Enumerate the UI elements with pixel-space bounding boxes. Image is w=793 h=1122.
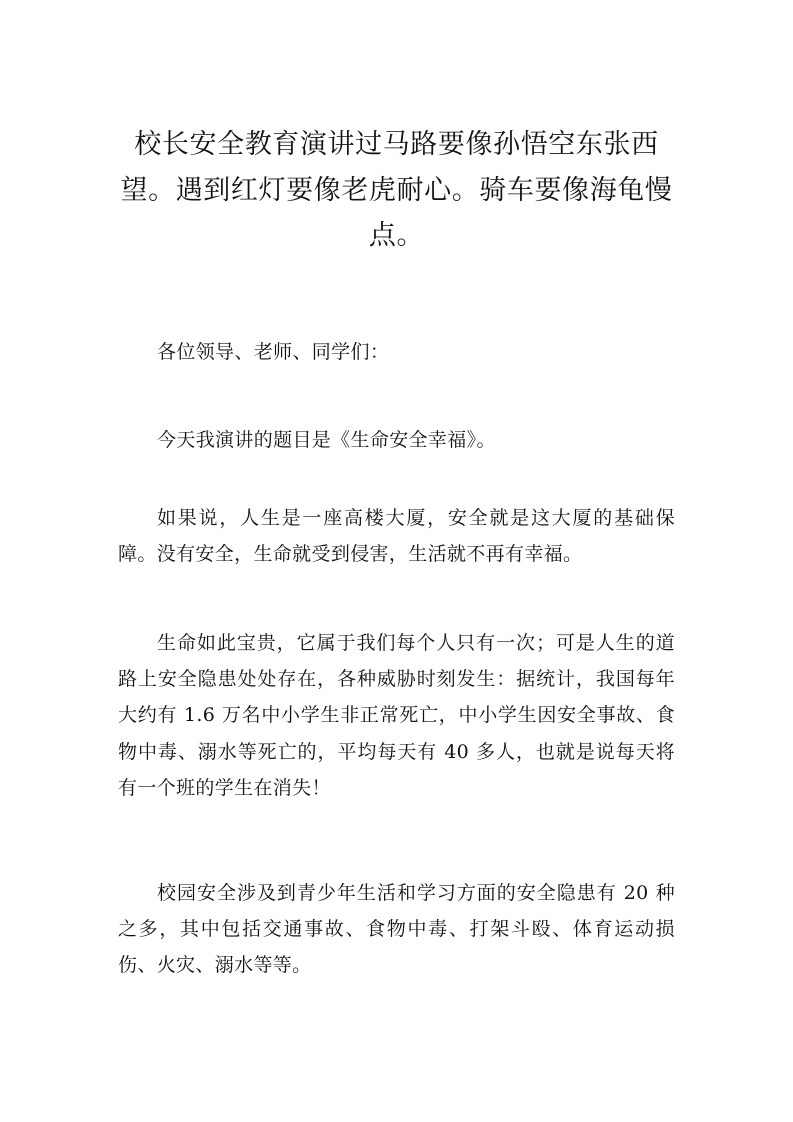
paragraph-campus-safety: 校园安全涉及到青少年生活和学习方面的安全隐患有 20 种之多，其中包括交通事故、…: [118, 875, 675, 984]
paragraph-salutation: 各位领导、老师、同学们：: [118, 334, 675, 370]
paragraph-statistics: 生命如此宝贵，它属于我们每个人只有一次；可是人生的道路上安全隐患处处存在，各种威…: [118, 625, 675, 806]
paragraph-foundation: 如果说，人生是一座高楼大厦，安全就是这大厦的基础保障。没有安全，生命就受到侵害，…: [118, 500, 675, 572]
document-title: 校长安全教育演讲过马路要像孙悟空东张西望。遇到红灯要像老虎耐心。骑车要像海龟慢点…: [118, 122, 675, 259]
paragraph-topic: 今天我演讲的题目是《生命安全幸福》。: [118, 422, 675, 458]
